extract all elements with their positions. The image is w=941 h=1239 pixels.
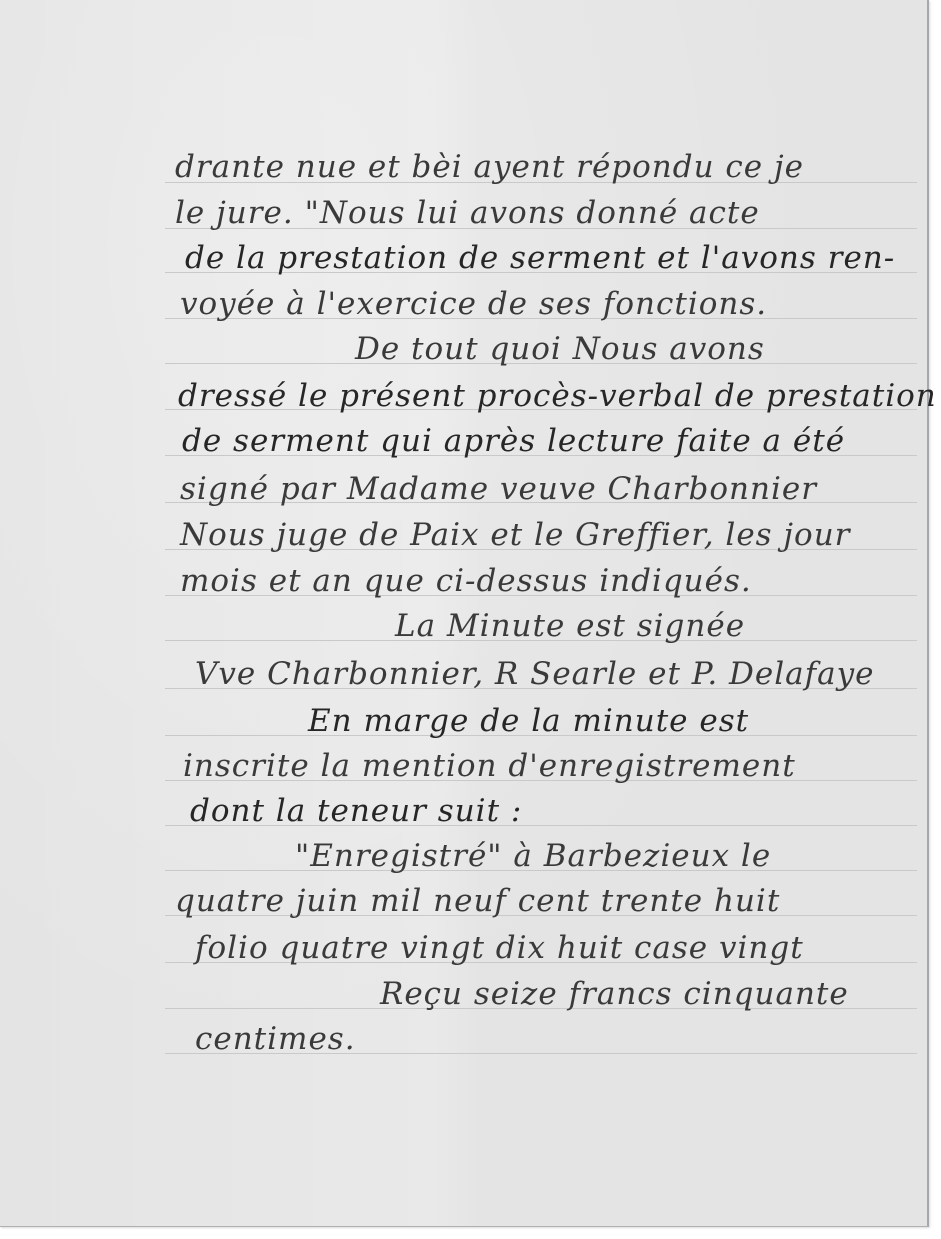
text-line-17: quatre juin mil neuf cent trente huit — [175, 886, 780, 917]
text-line-7: de serment qui après lecture faite a été — [182, 426, 845, 457]
text-line-14: inscrite la mention d'enregistrement — [183, 751, 796, 782]
text-line-10: mois et an que ci-dessus indiqués. — [180, 566, 752, 597]
text-line-15: dont la teneur suit : — [190, 796, 522, 827]
text-line-18: folio quatre vingt dix huit case vingt — [195, 933, 804, 964]
text-line-8: signé par Madame veuve Charbonnier — [180, 474, 817, 505]
text-line-13: En marge de la minute est — [308, 706, 749, 737]
text-line-16: "Enregistré" à Barbezieux le — [295, 841, 771, 872]
text-line-4: voyée à l'exercice de ses fonctions. — [180, 289, 767, 320]
text-line-9: Nous juge de Paix et le Greffier, les jo… — [180, 520, 851, 551]
text-line-3: de la prestation de serment et l'avons r… — [185, 243, 895, 274]
text-line-11: La Minute est signée — [395, 611, 745, 642]
text-line-5: De tout quoi Nous avons — [355, 334, 765, 365]
text-line-12: Vve Charbonnier, R Searle et P. Delafaye — [195, 659, 874, 690]
text-line-1: drante nue et bèi ayent répondu ce je — [175, 152, 804, 183]
paper-sheet: drante nue et bèi ayent répondu ce je le… — [0, 0, 929, 1227]
text-line-6: dressé le présent procès-verbal de prest… — [178, 381, 937, 412]
text-line-19: Reçu seize francs cinquante — [380, 979, 849, 1010]
text-line-2: le jure. "Nous lui avons donné acte — [175, 198, 760, 229]
text-line-20: centimes. — [195, 1024, 356, 1055]
